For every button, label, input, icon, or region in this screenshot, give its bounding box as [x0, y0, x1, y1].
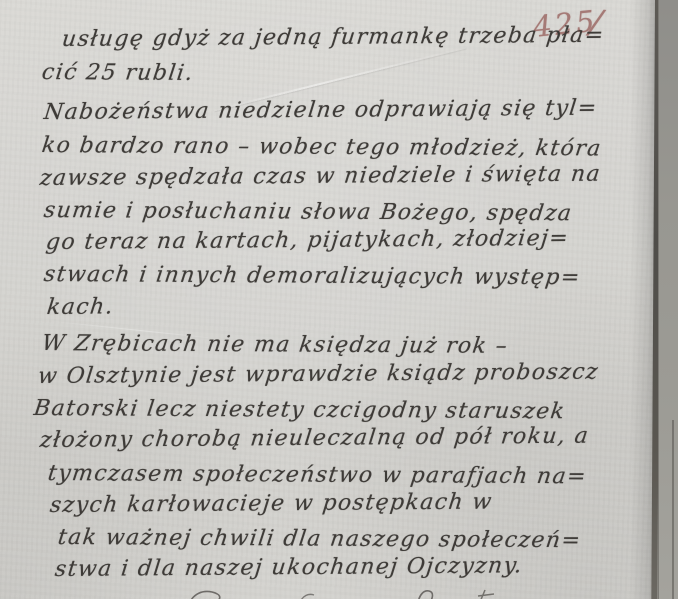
cutoff-next-line-strokes: [150, 588, 530, 599]
manuscript-line-text: w Olsztynie jest wprawdzie ksiądz probos…: [37, 360, 601, 389]
manuscript-line: tymczasem społeczeństwo w parafjach na=: [48, 461, 587, 489]
manuscript-line: tak ważnej chwili dla naszego społeczeń=: [58, 525, 581, 553]
manuscript-line-text: kach.: [46, 294, 116, 320]
manuscript-line-text: stwa i dla naszej ukochanej Ojczyzny.: [54, 553, 525, 582]
manuscript-line: stwa i dla naszej ukochanej Ojczyzny.: [55, 553, 523, 582]
manuscript-line: Nabożeństwa niedzielne odprawiają się ty…: [44, 96, 598, 125]
manuscript-line-text: Batorski lecz niestety czcigodny starusz…: [32, 396, 567, 424]
manuscript-line-text: sumie i posłuchaniu słowa Bożego, spędza: [42, 198, 574, 226]
manuscript-line: szych karłowacieje w postępkach w: [50, 490, 493, 518]
manuscript-line-text: tymczasem społeczeństwo w parafjach na=: [46, 461, 588, 489]
manuscript-line-text: stwach i innych demoralizujących występ=: [42, 262, 582, 290]
manuscript-line: w Olsztynie jest wprawdzie ksiądz probos…: [38, 360, 599, 389]
manuscript-line-text: tak ważnej chwili dla naszego społeczeń=: [56, 525, 583, 553]
manuscript-line-text: Nabożeństwa niedzielne odprawiają się ty…: [43, 96, 599, 125]
manuscript-line: kach.: [47, 294, 114, 320]
manuscript-line-text: szych karłowacieje w postępkach w: [49, 490, 495, 518]
manuscript-line-text: zawsze spędzała czas w niedziele i święt…: [39, 162, 603, 191]
manuscript-line-text: złożony chorobą nieuleczalną od pół roku…: [39, 424, 591, 453]
manuscript-line: usługę gdyż za jedną furmankę trzeba pła…: [62, 23, 605, 52]
manuscript-line: W Zrębicach nie ma księdza już rok –: [42, 331, 508, 359]
manuscript-line-text: W Zrębicach nie ma księdza już rok –: [40, 331, 509, 359]
manuscript-line: zawsze spędzała czas w niedziele i święt…: [40, 162, 601, 191]
manuscript-line: ko bardzo rano – wobec tego młodzież, kt…: [42, 133, 602, 161]
manuscript-line-text: ko bardzo rano – wobec tego młodzież, kt…: [40, 133, 603, 161]
manuscript-scan: 425/ usługę gdyż za jedną furmankę trzeb…: [0, 0, 678, 599]
manuscript-line: cić 25 rubli.: [42, 60, 194, 86]
manuscript-line: Batorski lecz niestety czcigodny starusz…: [34, 396, 566, 424]
manuscript-line: go teraz na kartach, pijatykach, złodzie…: [46, 226, 569, 255]
manuscript-line-text: usługę gdyż za jedną furmankę trzeba pła…: [61, 23, 606, 52]
manuscript-line-text: go teraz na kartach, pijatykach, złodzie…: [45, 226, 571, 255]
manuscript-line: stwach i innych demoralizujących występ=: [44, 262, 581, 290]
manuscript-line-text: cić 25 rubli.: [40, 60, 195, 86]
paper-page: 425/ usługę gdyż za jedną furmankę trzeb…: [0, 0, 656, 599]
manuscript-line: złożony chorobą nieuleczalną od pół roku…: [40, 424, 589, 453]
book-edge-strip: [658, 0, 678, 599]
manuscript-line: sumie i posłuchaniu słowa Bożego, spędza: [44, 198, 573, 226]
